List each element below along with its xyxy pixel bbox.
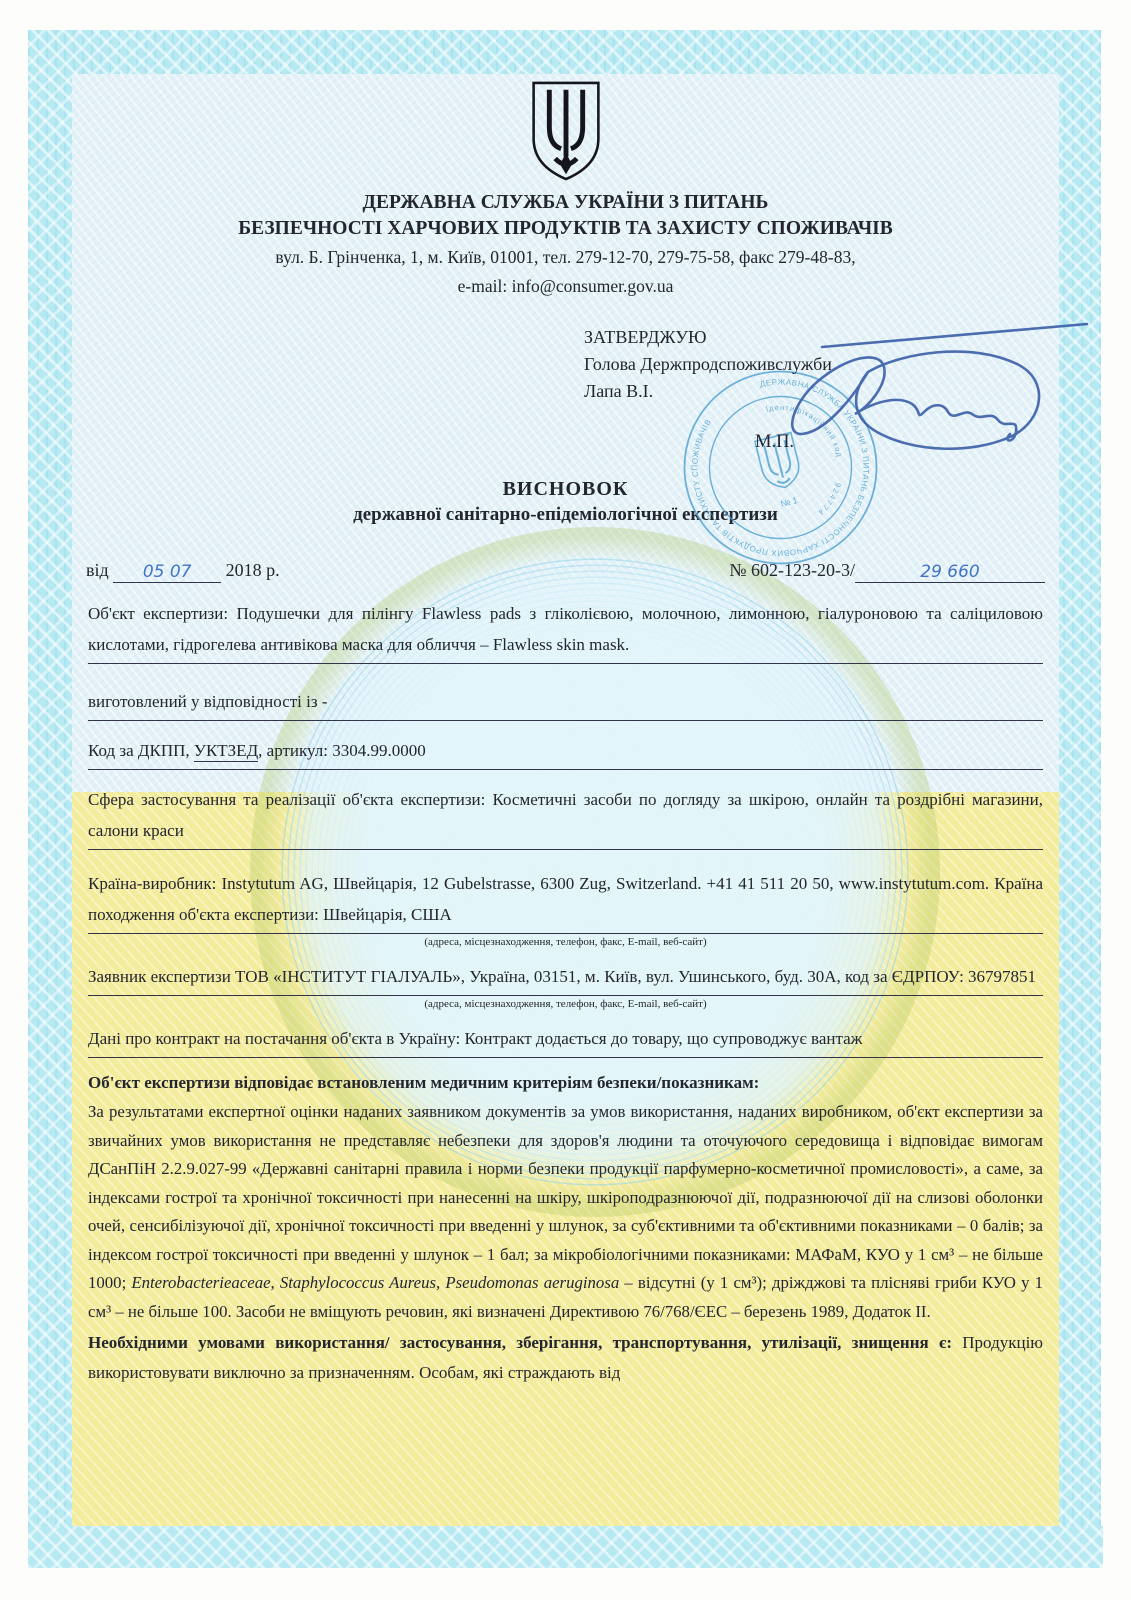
contract-info: Дані про контракт на постачання об'єкта …: [88, 1023, 1043, 1058]
criteria-text: За результатами експертної оцінки надани…: [88, 1098, 1043, 1326]
manufacturer-caption: (адреса, місцезнаходження, телефон, факс…: [88, 935, 1043, 950]
stamp-number: № 1: [780, 495, 799, 509]
trident-emblem: [528, 80, 604, 184]
bottom-border-strip: [28, 1526, 1103, 1568]
certificate-page: ДЕРЖАВНА СЛУЖБА УКРАЇНИ З ПИТАНЬ БЕЗПЕЧН…: [0, 0, 1131, 1600]
reference-line: від 05 07 2018 р. № 602-123-20-3/29 660: [86, 560, 1045, 582]
applicant-info: Заявник експертизи ТОВ «ІНСТИТУТ ГІАЛУАЛ…: [88, 961, 1043, 996]
uktzed-code: УКТЗЕД: [194, 741, 258, 762]
applicant-caption: (адреса, місцезнаходження, телефон, факс…: [88, 997, 1043, 1012]
number-handwritten: 29 660: [855, 561, 1045, 583]
conditions-lead: Необхідними умовами використання/ застос…: [88, 1333, 952, 1352]
species-names: Enterobacterieaceae, Staphylococcus Aure…: [131, 1273, 619, 1292]
scope-of-use: Сфера застосування та реалізації об'єкта…: [88, 784, 1043, 850]
conditions-text: Необхідними умовами використання/ застос…: [88, 1328, 1043, 1387]
date-handwritten: 05 07: [113, 561, 221, 583]
date-field: від 05 07 2018 р.: [86, 560, 280, 582]
org-name-line2: БЕЗПЕЧНОСТІ ХАРЧОВИХ ПРОДУКТІВ ТА ЗАХИСТ…: [72, 216, 1059, 242]
signature-ink: [672, 312, 1092, 482]
org-name-line1: ДЕРЖАВНА СЛУЖБА УКРАЇНИ З ПИТАНЬ: [72, 190, 1059, 216]
product-code-line: Код за ДКПП, УКТЗЕД, артикул: 3304.99.00…: [88, 735, 1043, 770]
date-suffix: 2018 р.: [226, 560, 280, 580]
body-sections: Об'єкт експертизи: Подушечки для пілінгу…: [88, 598, 1043, 1387]
manufacturer-info: Країна-виробник: Instytutum AG, Швейцарі…: [88, 868, 1043, 934]
document-sheet: ДЕРЖАВНА СЛУЖБА УКРАЇНИ З ПИТАНЬ БЕЗПЕЧН…: [72, 74, 1059, 1526]
org-email: e-mail: info@consumer.gov.ua: [72, 273, 1059, 300]
conformity-line: виготовлений у відповідності із -: [88, 686, 1043, 721]
criteria-heading: Об'єкт експертизи відповідає встановлени…: [88, 1068, 1043, 1098]
object-of-expertise: Об'єкт експертизи: Подушечки для пілінгу…: [88, 598, 1043, 664]
document-subtitle: державної санітарно-епідеміологічної екс…: [72, 504, 1059, 526]
date-prefix: від: [86, 560, 109, 580]
document-title-block: ВИСНОВОК державної санітарно-епідеміолог…: [72, 478, 1059, 526]
org-address: вул. Б. Грінченка, 1, м. Київ, 01001, те…: [72, 244, 1059, 271]
document-content: ДЕРЖАВНА СЛУЖБА УКРАЇНИ З ПИТАНЬ БЕЗПЕЧН…: [72, 74, 1059, 1526]
